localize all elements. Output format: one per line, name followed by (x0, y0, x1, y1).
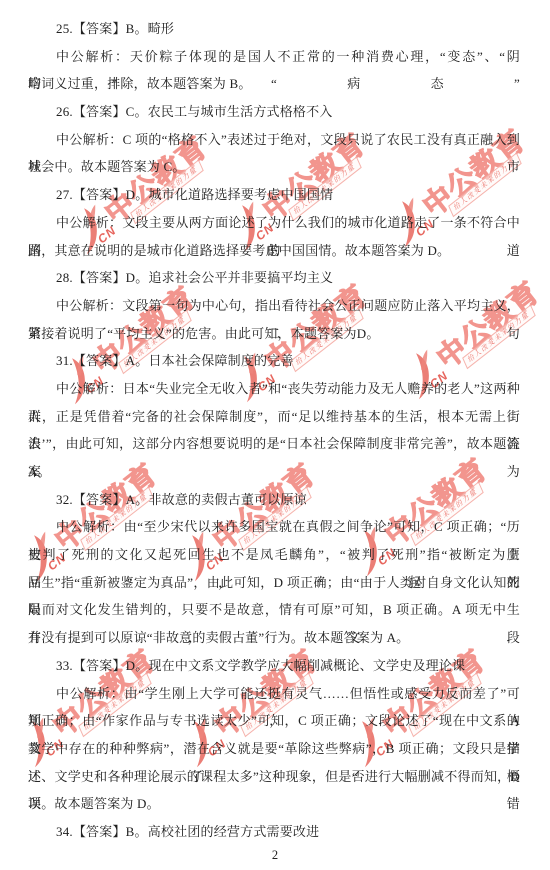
explanation-line: 中公解析：天价粽子体现的是国人不正常的一种消费心理，“变态”、“阴暗”、“病态” (28, 43, 520, 71)
answer-title: 32.【答案】A。非故意的卖假古董可以原谅 (28, 486, 520, 514)
explanation-line: 教学中存在的种种弊病”，潜在含义就是要“革除这些弊病”，B 项正确；文段只是描述… (28, 735, 520, 763)
page-number: 2 (0, 846, 550, 864)
answer-title: 26.【答案】C。农民工与城市生活方式格格不入 (28, 98, 520, 126)
answer-title: 34.【答案】B。高校社团的经营方式需要改进 (28, 818, 520, 846)
explanation-line: 述、文学史和各种理论展示的课程太多”这种现象，但是否进行大幅删减不得而知，D 项… (28, 763, 520, 791)
explanation-line: 项正确；由“作家作品与专书选读太少”可知，C 项正确；文段论述了“现在中文系的文… (28, 707, 520, 735)
answer-title: 27.【答案】D。城市化道路选择要考虑中国国情 (28, 181, 520, 209)
explanation-line: 浪’”，由此可知，这部分内容想要说明的是“日本社会保障制度非常完善”，故本题答案… (28, 430, 520, 458)
explanation-line: 限而对文化发生错判的，只要不是故意，情有可原”可知，B 项正确。A 项无中生有，… (28, 596, 520, 624)
explanation-line: 中公解析：文段第一句为中心句，指出看待社会公正问题应防止落入平均主义，第二句 (28, 292, 520, 320)
answer-title: 25.【答案】B。畸形 (28, 15, 520, 43)
explanation-line: 被判了死刑的文化又起死回生也不是凤毛麟角”，“被判了死刑”指“被断定为赝品”，“… (28, 541, 520, 569)
document-page: CN 中公教育 给人改变未来的力量 CN 中公教育 给人改变未来的力量 CN 中… (0, 0, 550, 870)
explanation-line: 中公解析：文段主要从两方面论述了为什么我们的城市化道路走了一条不符合中国的道 (28, 209, 520, 237)
answer-title: 33.【答案】D。现在中文系文学教学应大幅削减概论、文学史及理论课 (28, 652, 520, 680)
answer-title: 31.【答案】A。日本社会保障制度的完善 (28, 347, 520, 375)
explanation-line: 回生”指“重新被鉴定为真品”，由此可知，D 项正确；由“由于人类对自身文化认知的… (28, 569, 520, 597)
explanation-line: 中公解析：由“学生刚上大学可能还挺有灵气……但悟性或感受力反而差了”可知，A (28, 680, 520, 708)
explanation-line: 路，其意在说明的是城市化道路选择要考虑中国国情。故本题答案为 D。 (28, 237, 520, 265)
explanation-line: 群，正是凭借着“完备的社会保障制度”，而“足以维持基本的生活，根本无需上街去‘流 (28, 403, 520, 431)
answer-title: 28.【答案】D。追求社会公平并非要搞平均主义 (28, 264, 520, 292)
explanation-line: 中公解析：日本“失业完全无收入者”和“丧失劳动能力及无人赡养的老人”这两种人 (28, 375, 520, 403)
explanation-line: 中公解析：C 项的“格格不入”表述过于绝对，文段只说了农民工没有真正融入到城市 (28, 126, 520, 154)
explanation-line: 中公解析：由“至少宋代以来许多国宝就在真假之间争论”可知，C 项正确；“历史上 (28, 513, 520, 541)
answer-sheet: 25.【答案】B。畸形 中公解析：天价粽子体现的是国人不正常的一种消费心理，“变… (0, 0, 550, 846)
